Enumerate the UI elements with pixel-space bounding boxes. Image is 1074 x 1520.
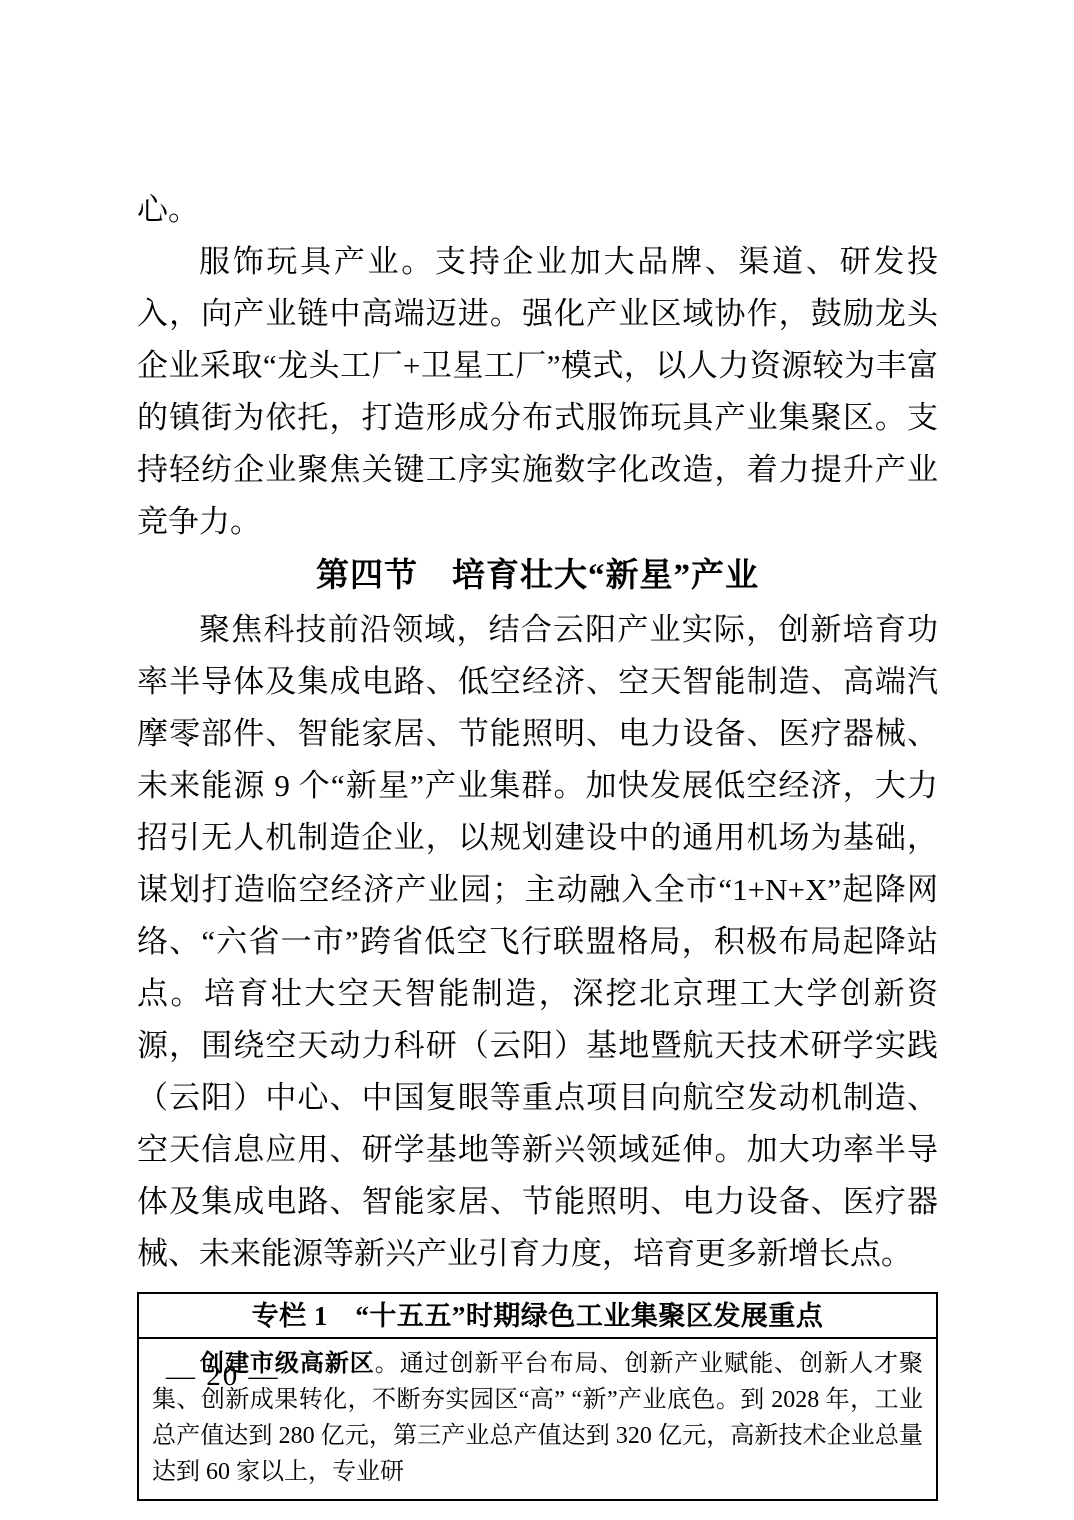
paragraph-apparel-toys-industry: 服饰玩具产业。支持企业加大品牌、渠道、研发投入，向产业链中高端迈进。强化产业区域… (137, 236, 938, 548)
document-page: 心。 服饰玩具产业。支持企业加大品牌、渠道、研发投入，向产业链中高端迈进。强化产… (0, 0, 1074, 1520)
page-number: — 20 — (166, 1358, 280, 1394)
paragraph-carryover: 心。 (137, 184, 938, 236)
feature-box: 专栏 1 “十五五”时期绿色工业集聚区发展重点 创建市级高新区。通过创新平台布局… (137, 1292, 938, 1501)
section-heading-chapter4: 第四节 培育壮大“新星”产业 (137, 548, 938, 604)
document-content: 心。 服饰玩具产业。支持企业加大品牌、渠道、研发投入，向产业链中高端迈进。强化产… (137, 184, 938, 1501)
feature-box-title: 专栏 1 “十五五”时期绿色工业集聚区发展重点 (139, 1294, 936, 1339)
paragraph-new-star-industries: 聚焦科技前沿领域，结合云阳产业实际，创新培育功率半导体及集成电路、低空经济、空天… (137, 604, 938, 1280)
